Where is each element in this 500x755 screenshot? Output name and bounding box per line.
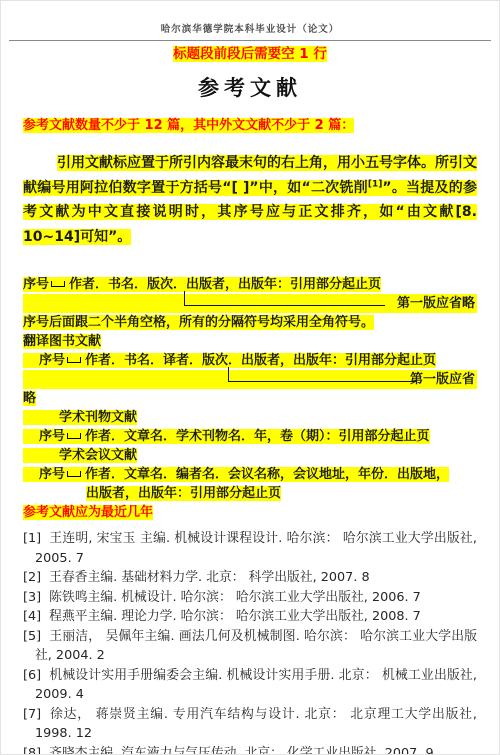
spacing-rule-line: 序号后面跟二个半角空格，所有的分隔符号均采用全角符号。 <box>23 313 477 332</box>
reference-number: [7] <box>23 707 41 722</box>
reference-number: [2] <box>23 570 41 585</box>
reference-number: [6] <box>23 668 41 683</box>
page-title: 参考文献 <box>1 72 499 102</box>
conference-format-line2: 出版者，出版年：引用部分起止页 <box>86 484 477 503</box>
recent-years-annotation: 参考文献应为最近几年 <box>23 503 477 522</box>
first-edition-note: 第一版应省略 <box>397 294 475 313</box>
double-space-mark-icon <box>67 357 81 363</box>
reference-text: 徐达， 蒋崇贤主编. 专用汽车结构与设计. 北京： 北京理工大学出版社, 199… <box>35 707 477 742</box>
title-spacing-annotation: 标题段前段后需要空 1 行 <box>1 46 499 63</box>
citation-superscript: [1] <box>368 179 383 189</box>
journal-format-line: 序号作者．文章名．学术刊物名．年，卷（期）：引用部分起止页 <box>23 427 477 446</box>
reference-text: 机械设计实用手册编委会主编. 机械设计实用手册. 北京： 机械工业出版社, 20… <box>35 668 477 703</box>
reference-number: [5] <box>23 629 41 644</box>
translated-book-label: 翻译图书文献 <box>23 332 477 351</box>
page-header-title: 哈尔滨华德学院本科毕业设计（论文） <box>1 1 499 35</box>
first-edition-note-part1: 第一版应省 <box>410 370 475 389</box>
first-edition-note-part2-line: 略 <box>23 389 477 408</box>
header-rule-divider <box>9 40 491 41</box>
reference-item: [2]王春香主编. 基础材料力学. 北京： 科学出版社, 2007. 8 <box>23 568 477 588</box>
reference-text: 王丽洁， 吴佩年主编. 画法几何及机械制图. 哈尔滨： 哈尔滨工业大学出版社, … <box>35 629 477 664</box>
reference-item: [8]齐晓杰主编. 汽车液力与气压传动. 北京： 化学工业出版社, 2007. … <box>23 744 477 755</box>
reference-text: 程燕平主编. 理论力学. 哈尔滨： 哈尔滨工业大学出版社, 2008. 7 <box>49 609 421 624</box>
bracket-line-icon <box>228 367 417 382</box>
reference-item: [5]王丽洁， 吴佩年主编. 画法几何及机械制图. 哈尔滨： 哈尔滨工业大学出版… <box>23 627 477 666</box>
reference-number: [4] <box>23 609 41 624</box>
title-spacing-annotation-text: 标题段前段后需要空 1 行 <box>173 46 327 62</box>
reference-text: 陈铁鸣主编. 机械设计. 哈尔滨： 哈尔滨工业大学出版社, 2006. 7 <box>49 590 421 605</box>
reference-text: 齐晓杰主编. 汽车液力与气压传动. 北京： 化学工业出版社, 2007. 9 <box>49 746 433 755</box>
conference-label: 学术会议文献 <box>23 446 477 465</box>
reference-text: 王连明, 宋宝玉 主编. 机械设计课程设计. 哈尔滨： 哈尔滨工业大学出版社, … <box>35 531 477 566</box>
translated-book-first-edition-note-line: 第一版应省 <box>23 370 477 389</box>
reference-item: [3]陈铁鸣主编. 机械设计. 哈尔滨： 哈尔滨工业大学出版社, 2006. 7 <box>23 588 477 608</box>
double-space-mark-icon <box>67 433 81 439</box>
double-space-mark-icon <box>67 471 81 477</box>
bracket-line-icon <box>184 291 385 306</box>
reference-number: [8] <box>23 746 41 755</box>
book-first-edition-note-line: 第一版应省略 <box>23 294 477 313</box>
blank-line <box>23 249 477 275</box>
citation-rule-paragraph: 引用文献标应置于所引内容最末句的右上角，用小五号字体。所引文献编号用阿拉伯数字置… <box>23 151 477 249</box>
reference-item: [7]徐达， 蒋崇贤主编. 专用汽车结构与设计. 北京： 北京理工大学出版社, … <box>23 705 477 744</box>
reference-item: [6]机械设计实用手册编委会主编. 机械设计实用手册. 北京： 机械工业出版社,… <box>23 666 477 705</box>
reference-list: [1]王连明, 宋宝玉 主编. 机械设计课程设计. 哈尔滨： 哈尔滨工业大学出版… <box>23 529 477 755</box>
conference-format-line1: 序号作者．文章名．编者名．会议名称，会议地址，年份．出版地， <box>23 465 477 484</box>
reference-number: [1] <box>23 531 41 546</box>
document-page: 哈尔滨华德学院本科毕业设计（论文） 标题段前段后需要空 1 行 参考文献 参考文… <box>0 0 500 755</box>
reference-number: [3] <box>23 590 41 605</box>
reference-item: [4]程燕平主编. 理论力学. 哈尔滨： 哈尔滨工业大学出版社, 2008. 7 <box>23 607 477 627</box>
journal-label: 学术刊物文献 <box>23 408 477 427</box>
double-space-mark-icon <box>51 281 65 287</box>
reference-item: [1]王连明, 宋宝玉 主编. 机械设计课程设计. 哈尔滨： 哈尔滨工业大学出版… <box>23 529 477 568</box>
reference-text: 王春香主编. 基础材料力学. 北京： 科学出版社, 2007. 8 <box>49 570 369 585</box>
reference-count-requirement: 参考文献数量不少于 12 篇，其中外文文献不少于 2 篇： <box>23 117 477 134</box>
